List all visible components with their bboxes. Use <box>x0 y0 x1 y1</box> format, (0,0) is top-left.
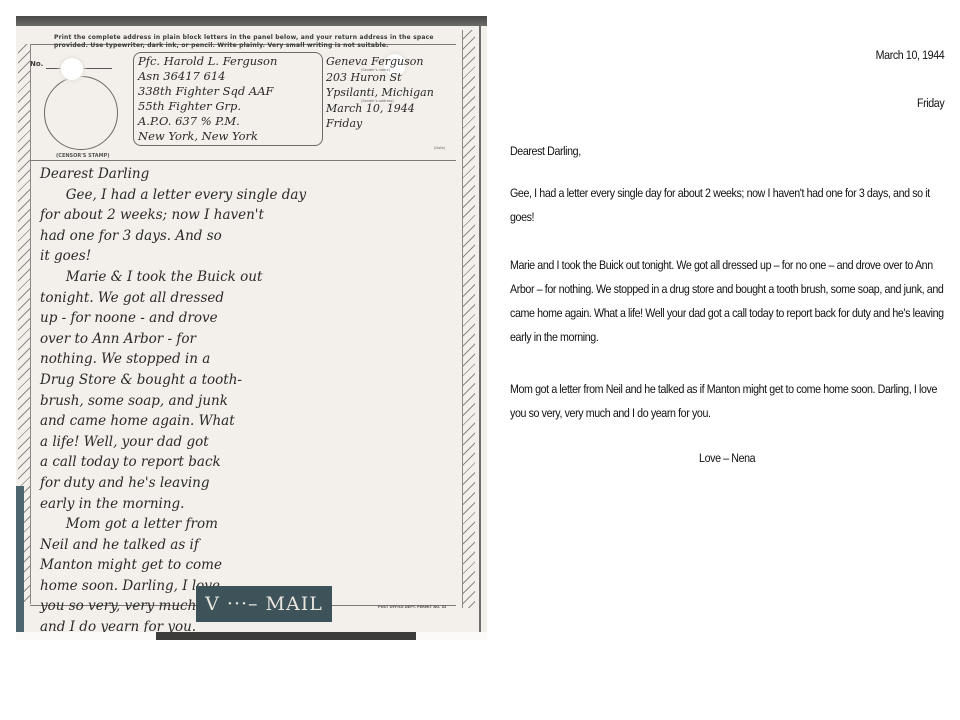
punch-hole-left <box>61 58 83 80</box>
letter-paragraph-1: Gee, I had a letter every single day for… <box>510 181 944 229</box>
censor-stamp-circle <box>44 76 118 150</box>
letter-paragraph-2: Marie and I took the Buick out tonight. … <box>510 253 944 349</box>
letter-signoff: Love – Nena <box>510 451 944 465</box>
recipient-address: Pfc. Harold L. Ferguson Asn 36417 614 33… <box>138 54 277 144</box>
form-instructions: Print the complete address in plain bloc… <box>54 34 454 50</box>
scan-bottom-edge <box>16 632 487 640</box>
handwritten-letter-body: Dearest Darling Gee, I had a letter ever… <box>40 164 450 640</box>
sender-block: Geneva Ferguson 203 Huron St Ypsilanti, … <box>326 54 434 132</box>
letter-date: March 10, 1944 <box>876 48 945 62</box>
date-label: (Date) <box>434 146 445 150</box>
permit-text: POST OFFICE DEPT. PERMIT NO. 52 <box>378 605 446 609</box>
form-number-label: No. <box>30 60 43 68</box>
scan-left-edge <box>16 486 24 640</box>
header-divider <box>30 160 456 161</box>
hatched-border-right <box>462 30 475 608</box>
scan-top-edge <box>16 16 487 26</box>
vmail-badge: V ···– MAIL <box>196 586 332 622</box>
letter-paragraph-3: Mom got a letter from Neil and he talked… <box>510 377 944 425</box>
sender-name-label: (Sender's name) <box>361 68 390 72</box>
sender-address-label: (Sender's address) <box>361 99 394 103</box>
vmail-letter-scan: Print the complete address in plain bloc… <box>16 16 487 640</box>
letter-greeting: Dearest Darling, <box>510 139 944 163</box>
censor-stamp-label: (CENSOR'S STAMP) <box>56 153 110 159</box>
letter-day: Friday <box>917 96 944 110</box>
scan-right-edge <box>479 26 481 636</box>
